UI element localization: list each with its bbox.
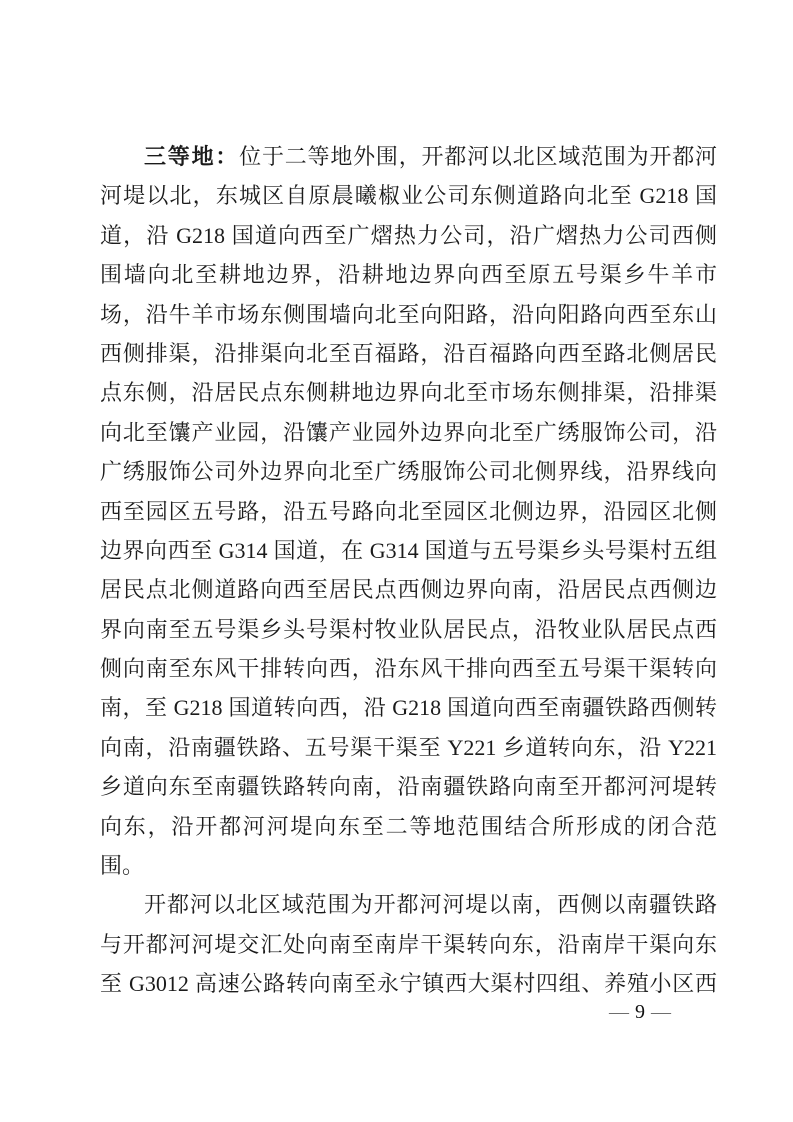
paragraph-1-line: 围墙向北至耕地边界，沿耕地边界向西至原五号渠乡牛羊市: [100, 255, 717, 294]
paragraph-1-line: 居民点北侧道路向西至居民点西侧边界向南，沿居民点西侧边: [100, 570, 717, 609]
paragraph-1-line: 西至园区五号路，沿五号路向北至园区北侧边界，沿园区北侧: [100, 492, 717, 531]
paragraph-1-line: 向南，沿南疆铁路、五号渠干渠至 Y221 乡道转向东，沿 Y221: [100, 728, 717, 767]
paragraph-1-line: 界向南至五号渠乡头号渠村牧业队居民点，沿牧业队居民点西: [100, 610, 717, 649]
page-number-left-dash: —: [605, 1001, 633, 1023]
paragraph-1-last-line: 围。: [100, 846, 717, 885]
paragraph-1-line: 广绣服饰公司外边界向北至广绣服饰公司北侧界线，沿界线向: [100, 452, 717, 491]
paragraph-1-line: 边界向西至 G314 国道，在 G314 国道与五号渠乡头号渠村五组: [100, 531, 717, 570]
paragraph-1-line: 侧向南至东风干排转向西，沿东风干排向西至五号渠干渠转向: [100, 649, 717, 688]
page-number-value: 9: [633, 1001, 647, 1023]
paragraph-2-line-1: 开都河以北区域范围为开都河河堤以南，西侧以南疆铁路: [100, 885, 717, 924]
section-heading: 三等地：: [144, 144, 239, 169]
document-page: 三等地：位于二等地外围，开都河以北区域范围为开都河 河堤以北，东城区自原晨曦椒业…: [0, 0, 793, 1122]
body-text: 三等地：位于二等地外围，开都河以北区域范围为开都河 河堤以北，东城区自原晨曦椒业…: [100, 137, 717, 1004]
paragraph-text: 位于二等地外围，开都河以北区域范围为开都河: [239, 144, 717, 169]
paragraph-1-line: 南，至 G218 国道转向西，沿 G218 国道向西至南疆铁路西侧转: [100, 688, 717, 727]
paragraph-1-line: 西侧排渠，沿排渠向北至百福路，沿百福路向西至路北侧居民: [100, 334, 717, 373]
paragraph-1-line: 河堤以北，东城区自原晨曦椒业公司东侧道路向北至 G218 国: [100, 176, 717, 215]
paragraph-1-line: 道，沿 G218 国道向西至广熠热力公司，沿广熠热力公司西侧: [100, 216, 717, 255]
paragraph-1-line: 向东，沿开都河河堤向东至二等地范围结合所形成的闭合范: [100, 807, 717, 846]
page-number-right-dash: —: [647, 1001, 675, 1023]
paragraph-2-line: 与开都河河堤交汇处向南至南岸干渠转向东，沿南岸干渠向东: [100, 925, 717, 964]
paragraph-1-line-1: 三等地：位于二等地外围，开都河以北区域范围为开都河: [100, 137, 717, 176]
paragraph-1-line: 场，沿牛羊市场东侧围墙向北至向阳路，沿向阳路向西至东山: [100, 295, 717, 334]
paragraph-2-line: 至 G3012 高速公路转向南至永宁镇西大渠村四组、养殖小区西: [100, 964, 717, 1003]
paragraph-1-line: 乡道向东至南疆铁路转向南，沿南疆铁路向南至开都河河堤转: [100, 767, 717, 806]
paragraph-1-line: 点东侧，沿居民点东侧耕地边界向北至市场东侧排渠，沿排渠: [100, 373, 717, 412]
paragraph-1-line: 向北至馕产业园，沿馕产业园外边界向北至广绣服饰公司，沿: [100, 413, 717, 452]
page-number: —9—: [600, 1000, 680, 1024]
